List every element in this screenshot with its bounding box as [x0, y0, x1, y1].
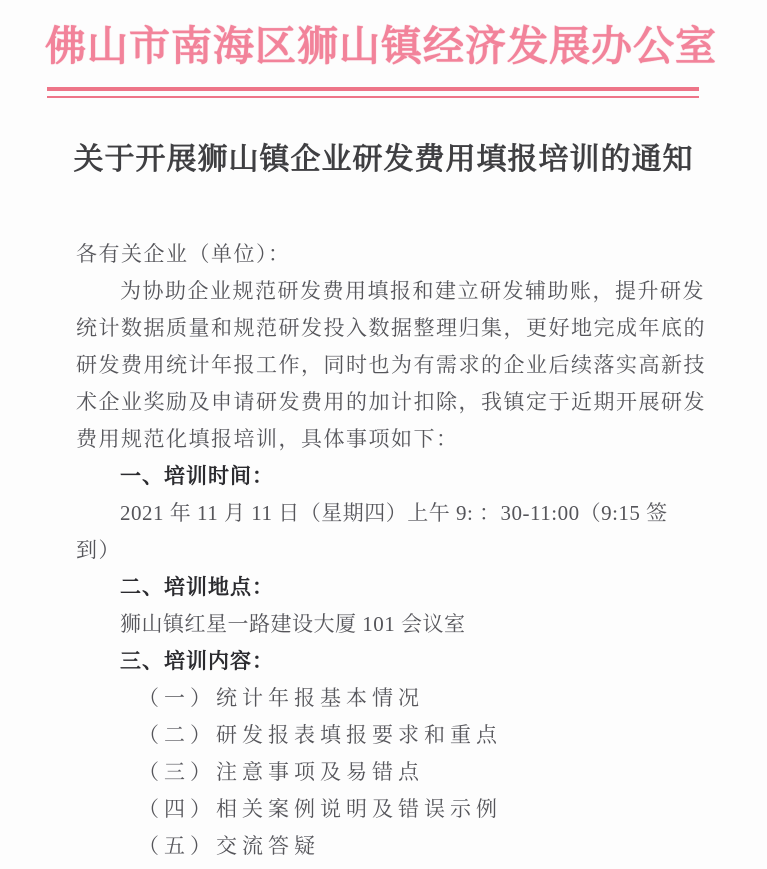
paragraph-line: 费用规范化填报培训，具体事项如下：: [76, 421, 710, 458]
letterhead-divider: [47, 87, 699, 98]
letterhead-office-name: 佛山市南海区狮山镇经济发展办公室: [45, 18, 703, 74]
section-heading-training-location: 二、培训地点：: [76, 569, 710, 606]
training-content-item: （三）注意事项及易错点: [76, 754, 710, 791]
paragraph-line: 术企业奖励及申请研发费用的加计扣除，我镇定于近期开展研发: [76, 384, 710, 421]
paragraph-line: 研发费用统计年报工作，同时也为有需求的企业后续落实高新技: [76, 347, 710, 384]
training-content-item: （一）统计年报基本情况: [76, 680, 710, 717]
training-location-line: 狮山镇红星一路建设大厦 101 会议室: [76, 606, 710, 643]
paragraph-line: 为协助企业规范研发费用填报和建立研发辅助账，提升研发: [76, 273, 710, 310]
training-time-line-wrap: 到）: [76, 532, 710, 569]
notice-body: 各有关企业（单位）： 为协助企业规范研发费用填报和建立研发辅助账，提升研发 统计…: [76, 236, 710, 865]
salutation: 各有关企业（单位）：: [76, 236, 710, 273]
paragraph-line: 统计数据质量和规范研发投入数据整理归集，更好地完成年底的: [76, 310, 710, 347]
section-heading-training-time: 一、培训时间：: [76, 458, 710, 495]
training-content-item: （二）研发报表填报要求和重点: [76, 717, 710, 754]
section-heading-training-content: 三、培训内容：: [76, 643, 710, 680]
notice-title: 关于开展狮山镇企业研发费用填报培训的通知: [0, 140, 767, 180]
training-content-item: （五）交流答疑: [76, 828, 710, 865]
training-time-line: 2021 年 11 月 11 日（星期四）上午 9: ：30-11:00（9:1…: [76, 495, 710, 532]
training-content-item: （四）相关案例说明及错误示例: [76, 791, 710, 828]
document-page: 佛山市南海区狮山镇经济发展办公室 关于开展狮山镇企业研发费用填报培训的通知 各有…: [0, 0, 767, 869]
